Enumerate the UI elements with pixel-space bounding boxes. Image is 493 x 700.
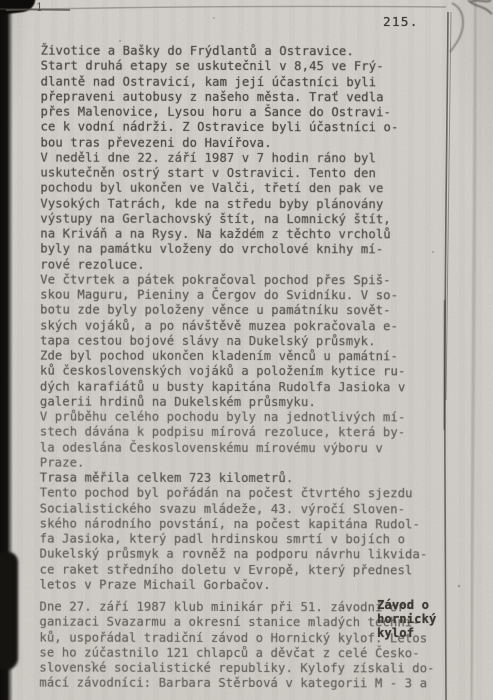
margin-note: Závod o hornický kylof bbox=[377, 599, 437, 640]
typed-paragraph: Tento pochod byl pořádán na počest čtvrt… bbox=[40, 486, 440, 594]
page-number: 215. bbox=[383, 15, 419, 30]
typed-paragraph: V průběhu celého pochodu byly na jednotl… bbox=[40, 410, 440, 472]
typed-paragraph: Životice a Bašky do Frýdlantů a Ostravic… bbox=[40, 44, 440, 152]
top-edge-line bbox=[6, 6, 446, 10]
typed-paragraph: Ve čtvrtek a pátek pokračoval pochod pře… bbox=[40, 272, 440, 410]
sheet-number-mark: 1 bbox=[36, 1, 43, 14]
typed-paragraph: V neděli dne 22. září 1987 v 7 hodin rán… bbox=[40, 150, 440, 273]
typed-body: Životice a Bašky do Frýdlantů a Ostravic… bbox=[39, 44, 440, 692]
handwritten-flourish bbox=[450, 0, 492, 52]
ruled-line-inner bbox=[445, 12, 448, 700]
scan-corner-blob bbox=[0, 0, 37, 15]
scan-smudge-left bbox=[0, 552, 18, 670]
ruled-line-outer bbox=[471, 0, 476, 700]
scanned-chronicle-page: 1 215. Životice a Bašky do Frýdlantů a O… bbox=[0, 0, 493, 700]
typed-paragraph: Trasa měřila celkem 723 kilometrů. bbox=[40, 471, 440, 487]
